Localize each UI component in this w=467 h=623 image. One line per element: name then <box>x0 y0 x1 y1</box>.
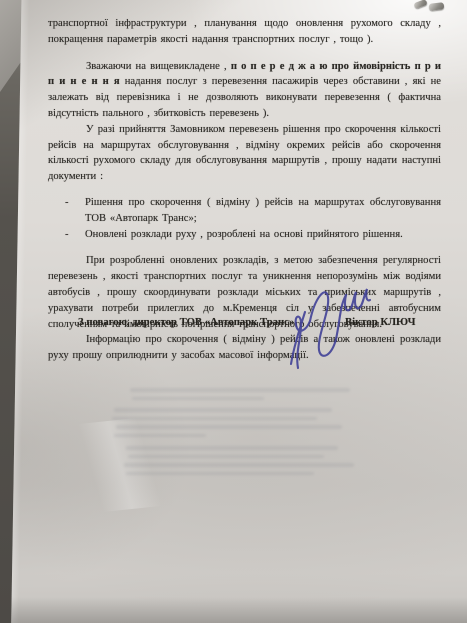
list-dash-marker: - <box>65 227 69 243</box>
paper-edge-highlight <box>5 0 30 623</box>
bleed-through-text <box>112 388 352 475</box>
list-dash-marker: - <box>65 195 69 211</box>
bottom-edge-shadow <box>0 597 467 623</box>
warning-bold-ymovirnist: про ймовірність <box>332 61 411 72</box>
list-item: - Рішення про скорочення ( відміну ) рей… <box>85 195 441 227</box>
letter-body: транспортної інфраструктури , планування… <box>48 16 441 364</box>
paper-sheet: транспортної інфраструктури , планування… <box>0 0 467 623</box>
paragraph-continuation: транспортної інфраструктури , планування… <box>48 16 441 48</box>
list-item-text: Рішення про скорочення ( відміну ) рейсі… <box>85 197 441 224</box>
request-paragraph: У разі прийняття Замовником перевезень р… <box>48 122 441 185</box>
list-item-text: Оновлені розклади руху , розроблені на о… <box>85 229 403 240</box>
warning-paragraph: Зважаючи на вищевикладене , п о п е р е … <box>48 59 441 122</box>
documents-list: - Рішення про скорочення ( відміну ) рей… <box>48 195 441 242</box>
warning-bold-poperedzhayu: п о п е р е д ж а ю <box>231 61 328 72</box>
closing-line: З повагою, директор ТОВ «Автопарк Транс» <box>78 316 294 328</box>
list-item: - Оновлені розклади руху , розроблені на… <box>85 227 441 243</box>
photo-background: транспортної інфраструктури , планування… <box>0 0 467 623</box>
media-paragraph: Інформацію про скорочення ( відміну ) ре… <box>48 332 441 364</box>
handwritten-signature <box>281 282 373 372</box>
warning-pre: Зважаючи на вищевикладене , <box>86 61 231 72</box>
